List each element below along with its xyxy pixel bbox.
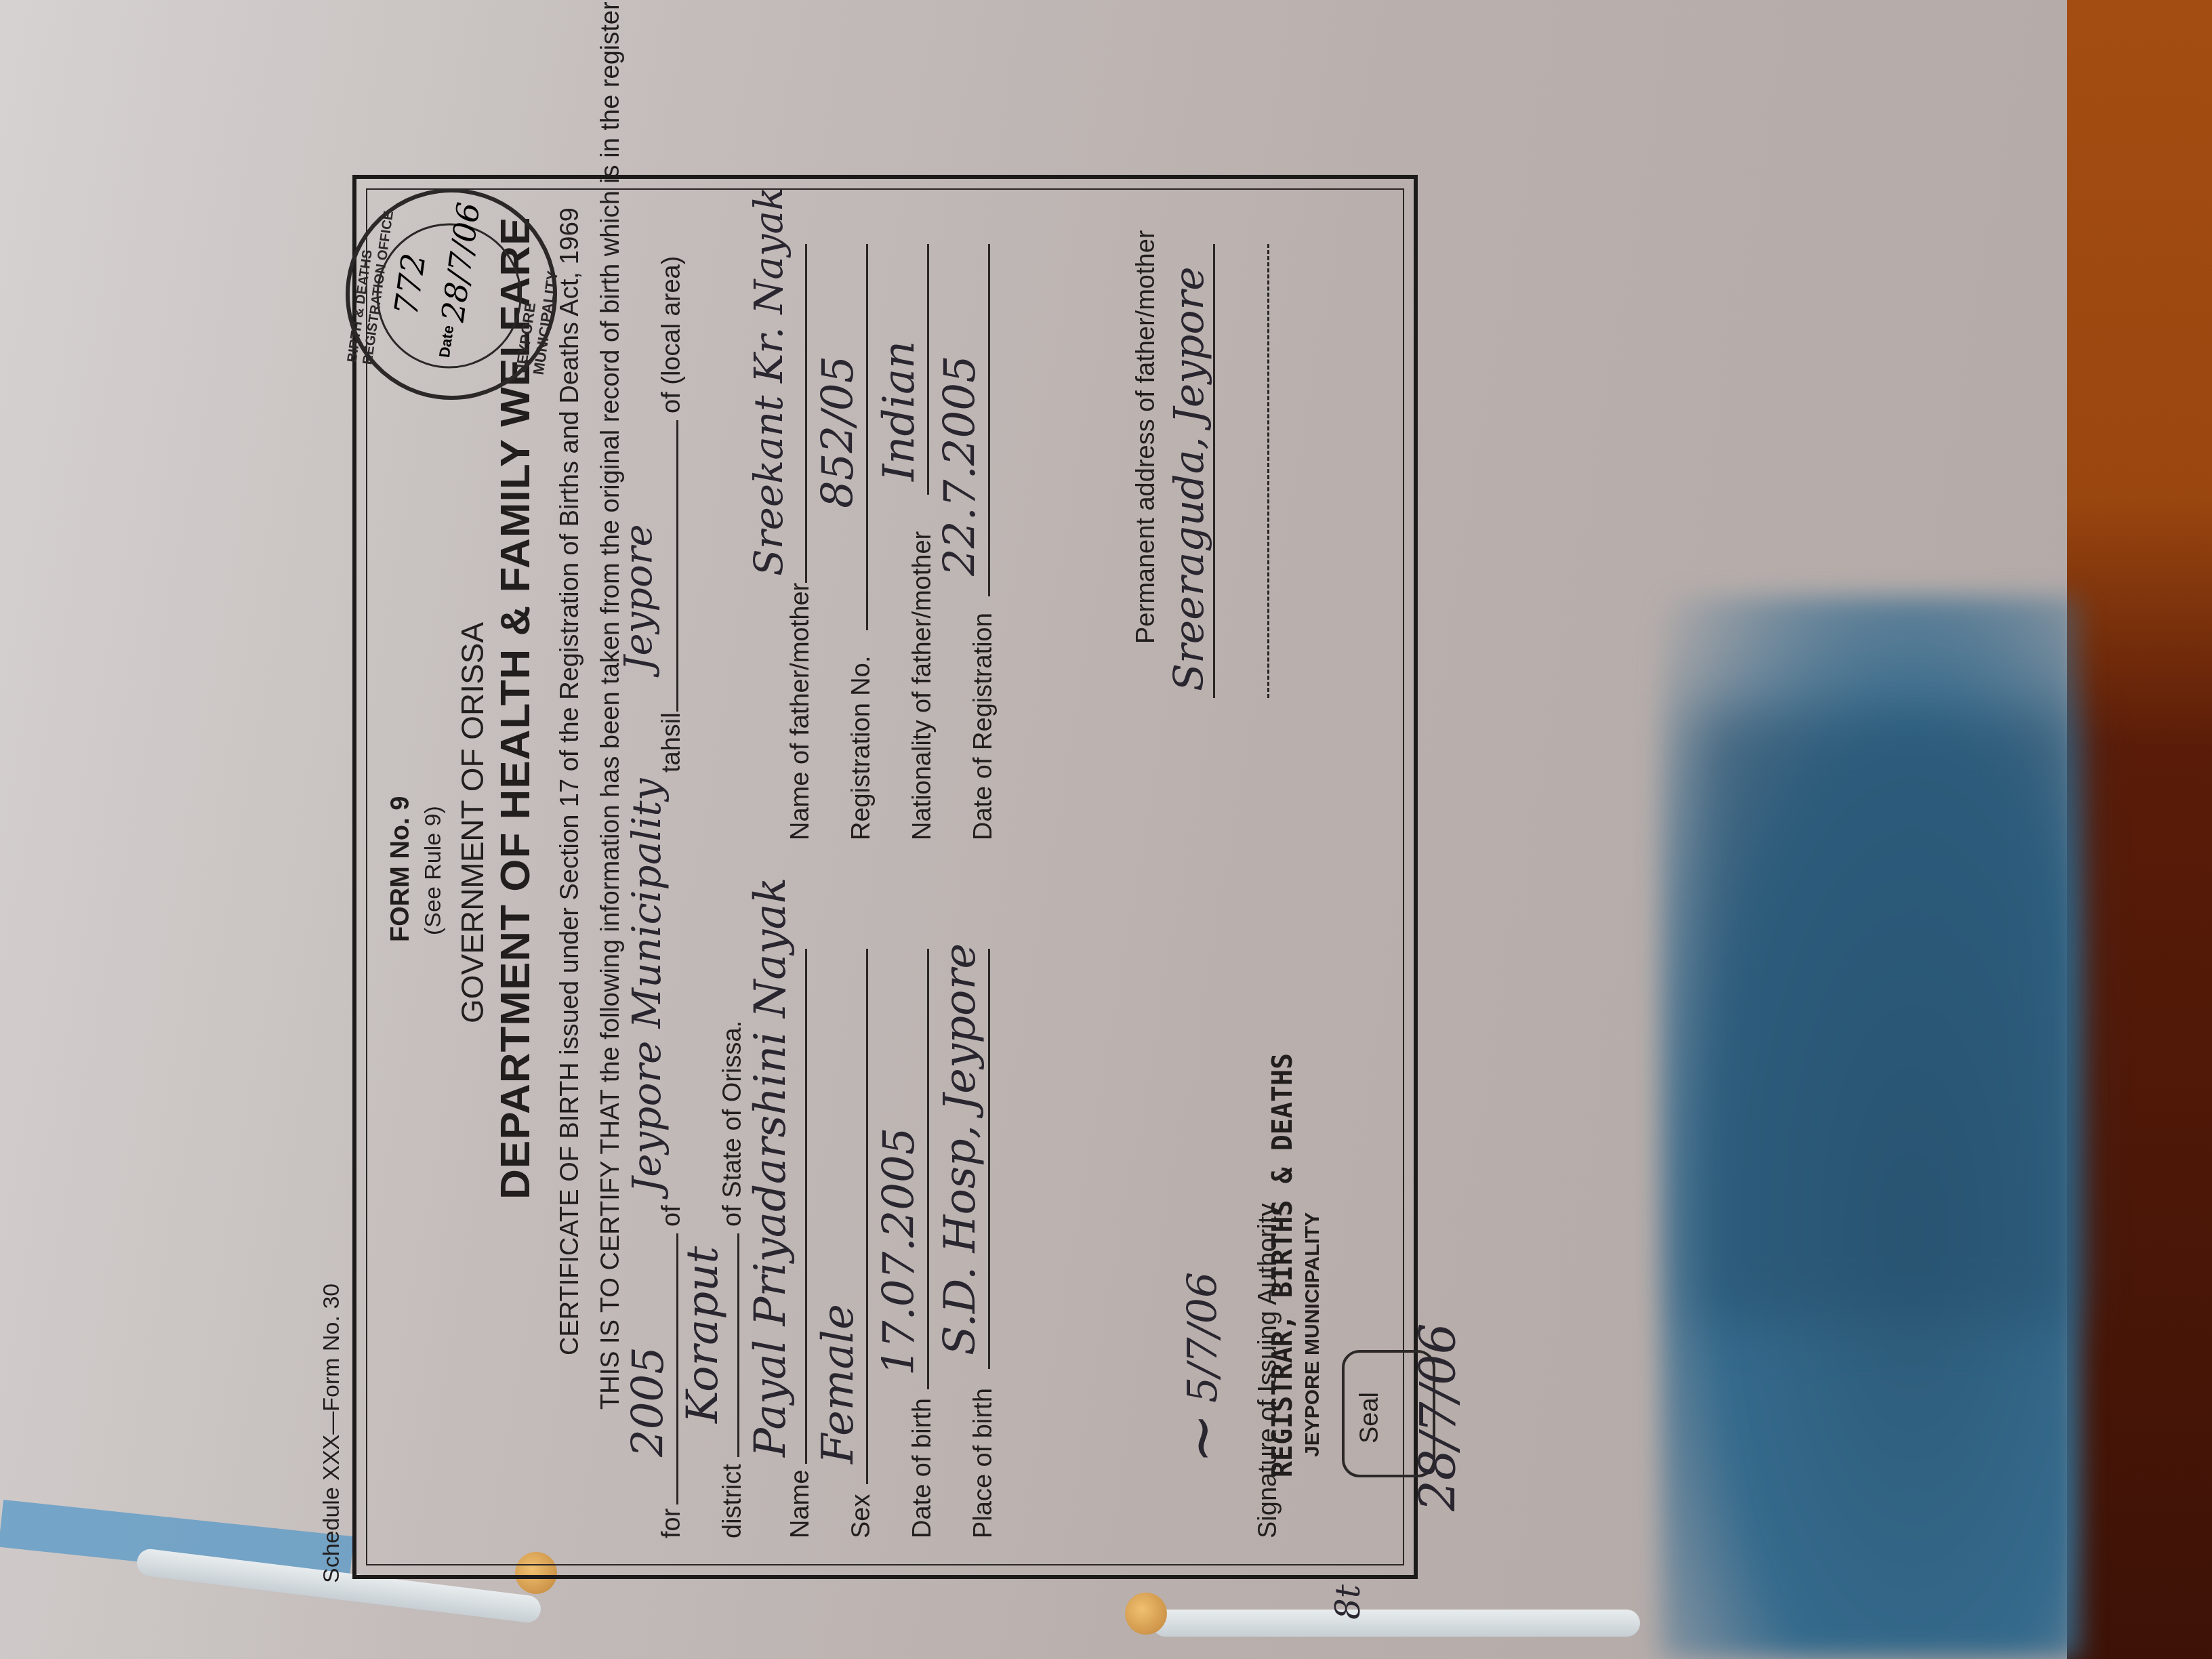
- sex-label: Sex: [847, 1494, 876, 1538]
- name-underline: [805, 949, 807, 1464]
- form-number: FORM No. 9: [386, 796, 415, 942]
- district-label: district: [718, 1464, 747, 1538]
- nationality-underline: [927, 244, 929, 495]
- tahsil-label: tahsil: [657, 712, 687, 773]
- government-title: GOVERNMENT OF ORISSA: [454, 622, 491, 1023]
- for-label: for: [657, 1509, 687, 1538]
- dob-underline: [927, 949, 929, 1389]
- of-label: of: [657, 1205, 687, 1227]
- place-of-birth-value: S.D. Hosp, Jeypore: [935, 943, 985, 1355]
- father-mother-label: Name of father/mother: [786, 583, 815, 840]
- issued-line: CERTIFICATE OF BIRTH issued under Sectio…: [556, 207, 585, 1355]
- clip-knob-bottom: [1125, 1593, 1167, 1635]
- district-value: Koraput: [678, 1246, 728, 1423]
- address-underline-1: [1213, 244, 1215, 698]
- registration-no-label: Registration No.: [847, 656, 876, 840]
- blue-shadow-core: [1694, 712, 2074, 1322]
- wooden-surface: [2067, 0, 2212, 1659]
- dob-value: 17.07.2005: [874, 1128, 924, 1376]
- issue-date: 28/7/06: [1410, 1323, 1467, 1511]
- registration-no-value: 852/05: [813, 356, 863, 508]
- local-area-label: of (local area): [657, 256, 687, 413]
- registration-no-underline: [866, 244, 868, 630]
- address-value: Sreeraguda, Jeypore: [1166, 266, 1213, 691]
- sex-underline: [866, 949, 868, 1484]
- registrar-stamp: REGISTRAR, BIRTHS & DEATHS: [1267, 1053, 1298, 1477]
- district-underline: [737, 1233, 739, 1457]
- tahsil-underline: [676, 420, 678, 712]
- state-label: of State of Orissa.: [718, 1021, 747, 1227]
- signed-date: 5/7/06: [1179, 1272, 1227, 1403]
- schedule-ref: Schedule XXX—Form No. 30: [319, 1284, 345, 1583]
- margin-mark: 8t: [1328, 1584, 1368, 1620]
- registration-date-value: 22.7.2005: [935, 355, 985, 576]
- registration-date-underline: [988, 244, 990, 596]
- name-label: Name: [786, 1470, 815, 1538]
- place-of-birth-label: Place of birth: [969, 1388, 998, 1538]
- registrar-municipality: JEYPORE MUNICIPALITY: [1301, 1212, 1324, 1457]
- name-value: Payal Priyadarshini Nayak: [745, 878, 796, 1457]
- of-value: Jeypore Municipality: [623, 779, 670, 1193]
- dob-label: Date of birth: [908, 1398, 937, 1538]
- for-value: 2005: [623, 1347, 674, 1457]
- signature-scrawl: ~: [1166, 1413, 1237, 1464]
- birth-certificate: Schedule XXX—Form No. 30 FORM No. 9 (See…: [352, 183, 1410, 1579]
- father-mother-value: Sreekant Kr. Nayak: [745, 187, 792, 576]
- see-rule: (See Rule 9): [420, 806, 447, 935]
- place-of-birth-underline: [988, 949, 990, 1369]
- nationality-label: Nationality of father/mother: [908, 531, 937, 840]
- tahsil-value: Jeypore: [617, 524, 661, 671]
- sex-value: Female: [813, 1304, 863, 1464]
- father-mother-underline: [805, 244, 807, 583]
- address-label: Permanent address of father/mother: [1132, 230, 1161, 644]
- nationality-value: Indian: [874, 341, 924, 481]
- address-underline-2: [1267, 244, 1269, 698]
- file-clip-bottom: [1152, 1610, 1640, 1637]
- seal-label: Seal: [1355, 1392, 1385, 1443]
- certify-line: THIS IS TO CERTIFY THAT the following in…: [596, 1, 626, 1410]
- registration-date-label: Date of Registration: [969, 613, 998, 840]
